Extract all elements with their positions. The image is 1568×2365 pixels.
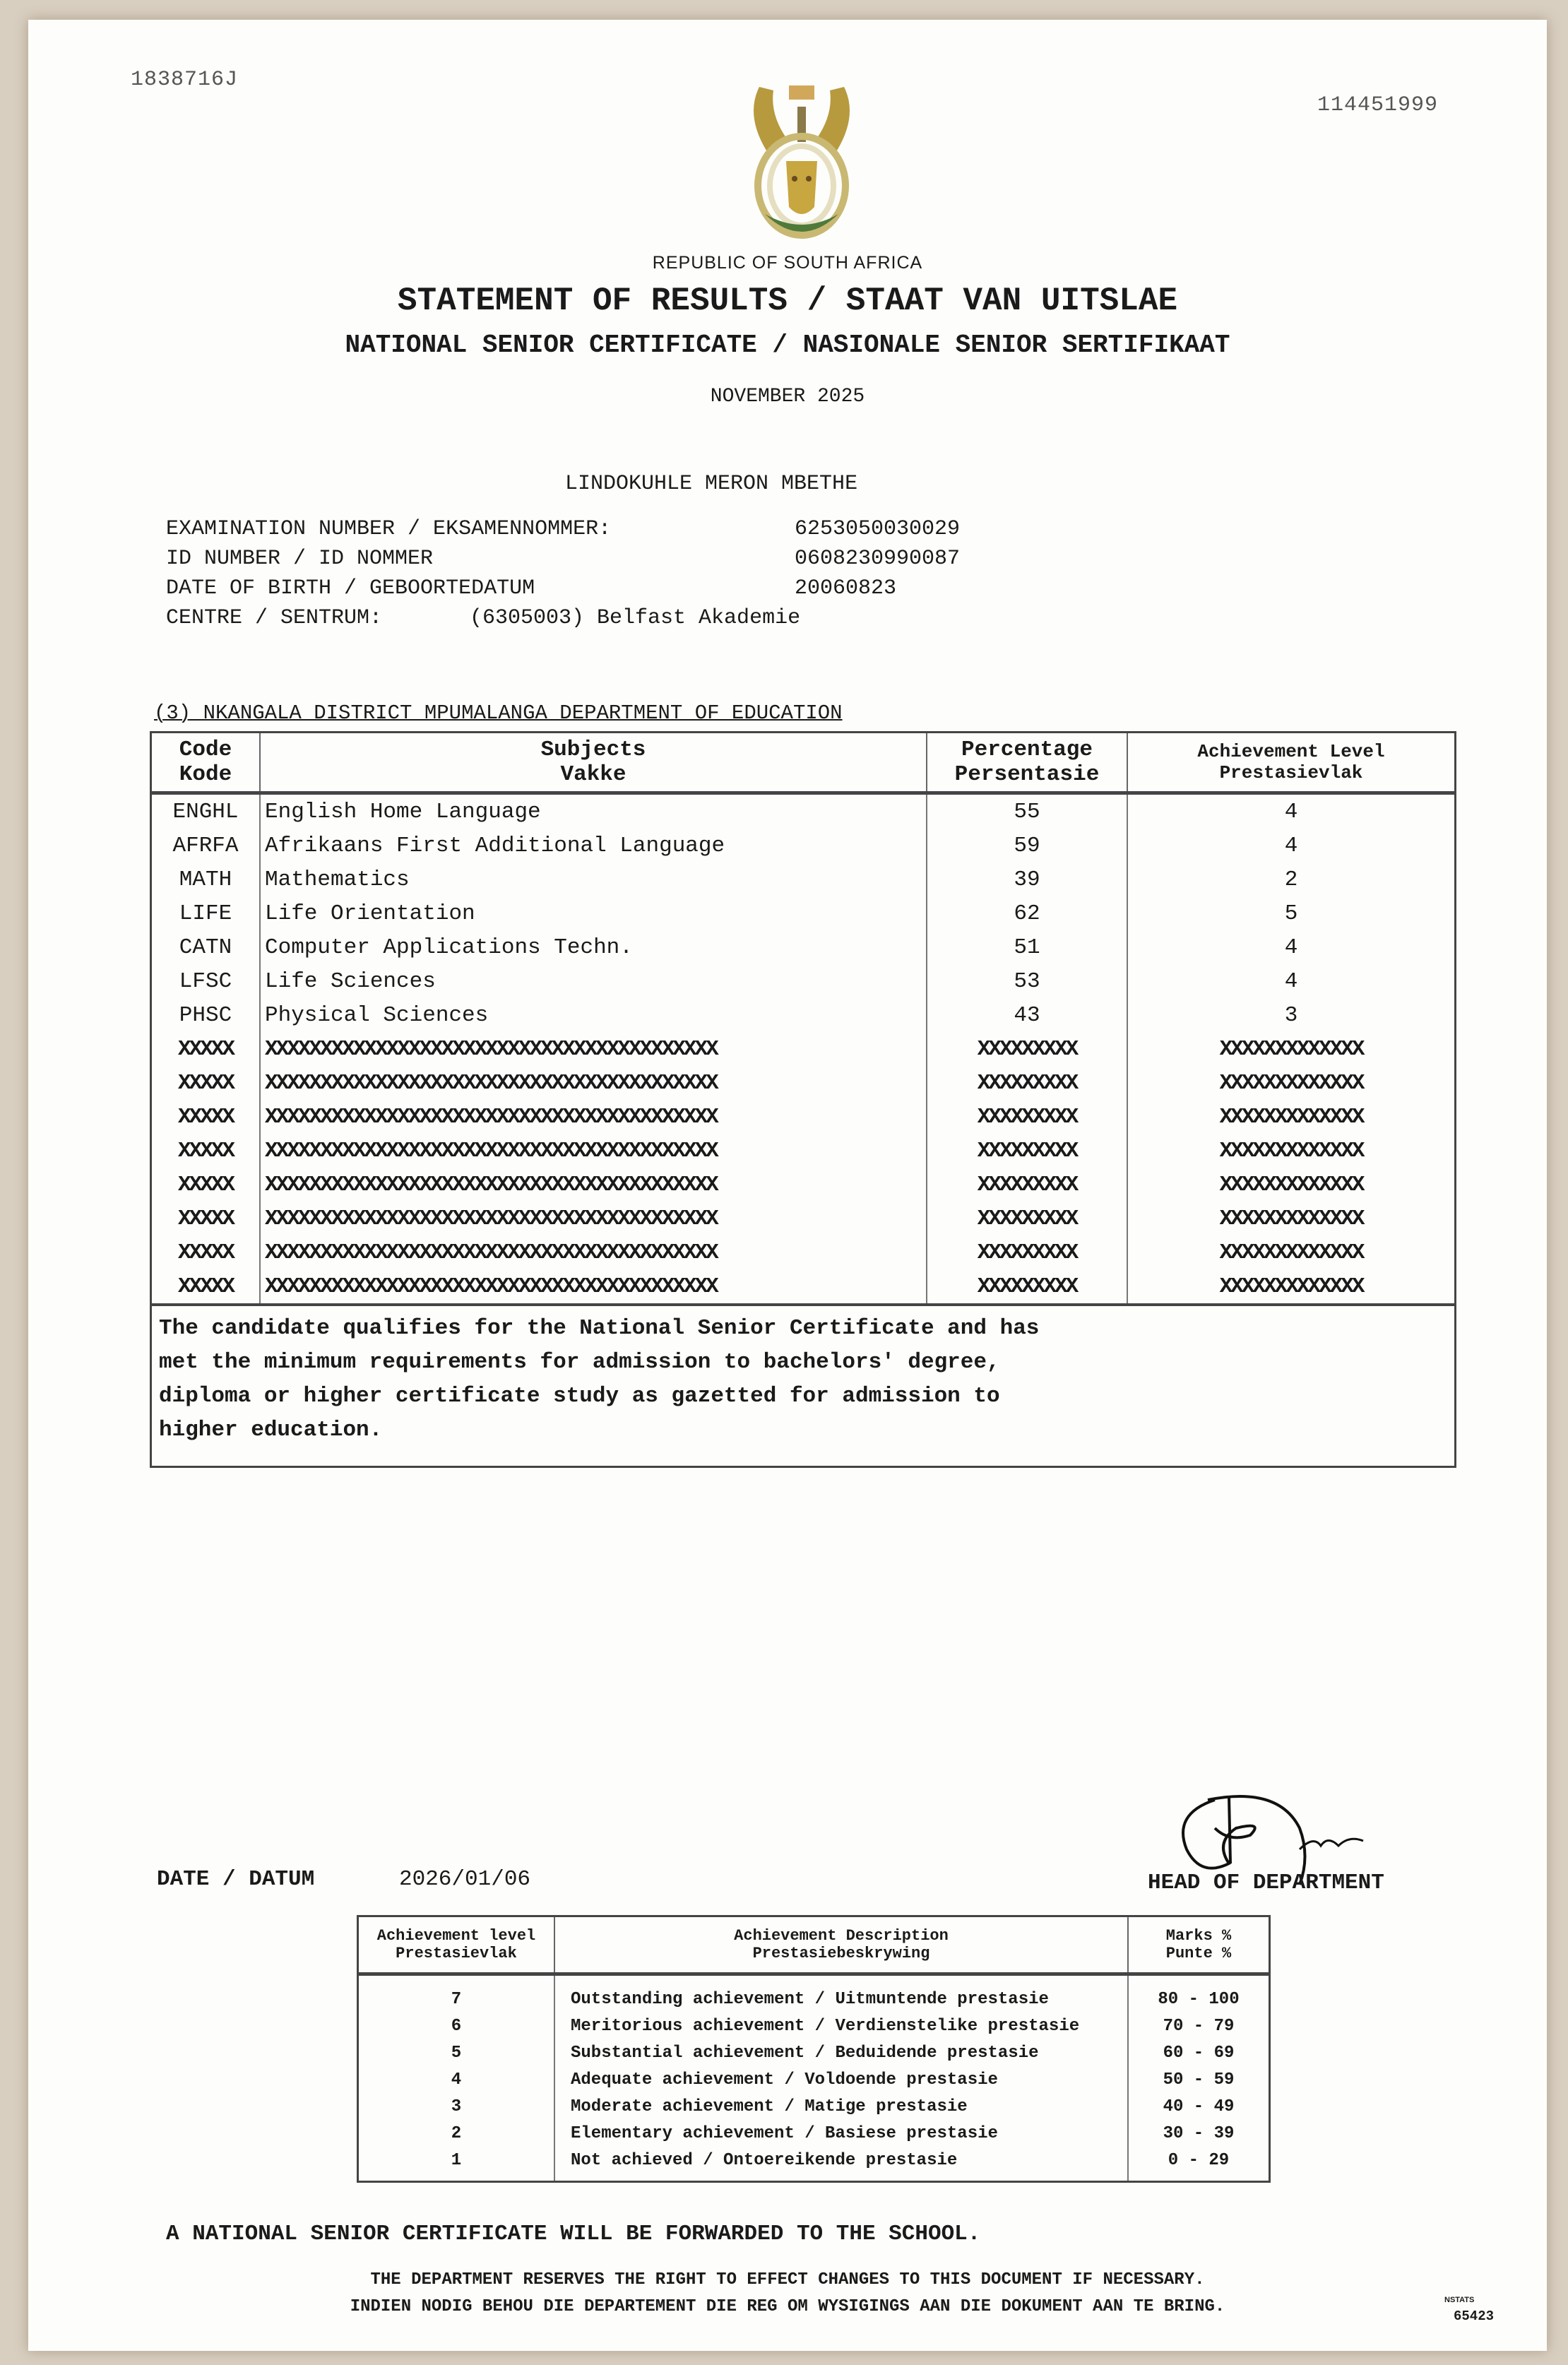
- qualification-note: The candidate qualifies for the National…: [152, 1303, 1454, 1466]
- statement-of-results-page: 1838716J 114451999 REPUBLIC OF SOUTH AFR…: [28, 20, 1547, 2351]
- subject-code: MATH: [152, 863, 260, 896]
- subject-achievement-level: 3: [1127, 998, 1454, 1032]
- subject-name: XXXXXXXXXXXXXXXXXXXXXXXXXXXXXXXXXXXXXXXX…: [260, 1202, 927, 1235]
- subject-code: LIFE: [152, 896, 260, 930]
- subject-name: Computer Applications Techn.: [260, 930, 927, 964]
- legend-header-level: Achievement levelPrestasievlak: [359, 1917, 554, 1974]
- document-title: STATEMENT OF RESULTS / STAAT VAN UITSLAE: [28, 283, 1547, 319]
- stamp-number: 65423: [1454, 2308, 1494, 2324]
- subject-code: XXXXX: [152, 1134, 260, 1168]
- subject-name: XXXXXXXXXXXXXXXXXXXXXXXXXXXXXXXXXXXXXXXX…: [260, 1066, 927, 1100]
- achievement-legend-table: Achievement levelPrestasievlak Achieveme…: [357, 1915, 1271, 2183]
- results-row: XXXXXXXXXXXXXXXXXXXXXXXXXXXXXXXXXXXXXXXX…: [152, 1066, 1454, 1100]
- legend-level: 3: [359, 2093, 554, 2120]
- legend-header-row: Achievement levelPrestasievlak Achieveme…: [359, 1917, 1269, 1974]
- date-value: 2026/01/06: [399, 1867, 530, 1892]
- header-code: CodeKode: [152, 733, 260, 793]
- subject-name: Physical Sciences: [260, 998, 927, 1032]
- subject-achievement-level: 4: [1127, 930, 1454, 964]
- subject-achievement-level: 2: [1127, 863, 1454, 896]
- legend-header-marks: Marks %Punte %: [1128, 1917, 1269, 1974]
- subject-name: XXXXXXXXXXXXXXXXXXXXXXXXXXXXXXXXXXXXXXXX…: [260, 1134, 927, 1168]
- header-subjects: SubjectsVakke: [260, 733, 927, 793]
- field-label: EXAMINATION NUMBER / EKSAMENNOMMER:: [166, 514, 795, 544]
- results-row: CATNComputer Applications Techn.514: [152, 930, 1454, 964]
- results-row: XXXXXXXXXXXXXXXXXXXXXXXXXXXXXXXXXXXXXXXX…: [152, 1235, 1454, 1269]
- results-row: LIFELife Orientation625: [152, 896, 1454, 930]
- legend-description: Elementary achievement / Basiese prestas…: [554, 2120, 1128, 2147]
- subject-achievement-level: XXXXXXXXXXXXX: [1127, 1202, 1454, 1235]
- serial-number-left: 1838716J: [131, 68, 238, 92]
- subject-code: LFSC: [152, 964, 260, 998]
- exam-number-value: 6253050030029: [795, 514, 960, 544]
- results-table: CodeKode SubjectsVakke PercentagePersent…: [150, 731, 1456, 1468]
- legend-marks-range: 70 - 79: [1128, 2013, 1269, 2039]
- legend-level: 5: [359, 2039, 554, 2066]
- subject-achievement-level: XXXXXXXXXXXXX: [1127, 1066, 1454, 1100]
- subject-percentage: 55: [927, 793, 1127, 829]
- legend-description: Moderate achievement / Matige prestasie: [554, 2093, 1128, 2120]
- subject-code: XXXXX: [152, 1269, 260, 1303]
- legend-level: 7: [359, 1974, 554, 2013]
- candidate-name: LINDOKUHLE MERON MBETHE: [565, 472, 857, 496]
- subject-code: XXXXX: [152, 1235, 260, 1269]
- forward-notice: A NATIONAL SENIOR CERTIFICATE WILL BE FO…: [166, 2222, 980, 2246]
- exam-number-row: EXAMINATION NUMBER / EKSAMENNOMMER: 6253…: [166, 514, 960, 544]
- legend-marks-range: 80 - 100: [1128, 1974, 1269, 2013]
- results-row: XXXXXXXXXXXXXXXXXXXXXXXXXXXXXXXXXXXXXXXX…: [152, 1100, 1454, 1134]
- centre-row: CENTRE / SENTRUM: (6305003) Belfast Akad…: [166, 603, 960, 633]
- legend-row: 7Outstanding achievement / Uitmuntende p…: [359, 1974, 1269, 2013]
- stamp-label: NSTATS: [1444, 2296, 1474, 2304]
- subject-percentage: 51: [927, 930, 1127, 964]
- field-label: ID NUMBER / ID NOMMER: [166, 544, 795, 574]
- legend-description: Adequate achievement / Voldoende prestas…: [554, 2066, 1128, 2093]
- subject-percentage: 39: [927, 863, 1127, 896]
- subject-name: XXXXXXXXXXXXXXXXXXXXXXXXXXXXXXXXXXXXXXXX…: [260, 1100, 927, 1134]
- legend-row: 1Not achieved / Ontoereikende prestasie0…: [359, 2147, 1269, 2181]
- district-label: (3) NKANGALA DISTRICT MPUMALANGA DEPARTM…: [154, 701, 843, 725]
- subject-achievement-level: XXXXXXXXXXXXX: [1127, 1134, 1454, 1168]
- legend-row: 5Substantial achievement / Beduidende pr…: [359, 2039, 1269, 2066]
- subject-code: XXXXX: [152, 1202, 260, 1235]
- results-row: ENGHLEnglish Home Language554: [152, 793, 1454, 829]
- legend-marks-range: 60 - 69: [1128, 2039, 1269, 2066]
- subject-percentage: XXXXXXXXX: [927, 1100, 1127, 1134]
- legend-row: 4Adequate achievement / Voldoende presta…: [359, 2066, 1269, 2093]
- subject-name: Afrikaans First Additional Language: [260, 829, 927, 863]
- results-row: XXXXXXXXXXXXXXXXXXXXXXXXXXXXXXXXXXXXXXXX…: [152, 1202, 1454, 1235]
- results-row: XXXXXXXXXXXXXXXXXXXXXXXXXXXXXXXXXXXXXXXX…: [152, 1269, 1454, 1303]
- subject-percentage: XXXXXXXXX: [927, 1235, 1127, 1269]
- legend-level: 6: [359, 2013, 554, 2039]
- head-of-department-label: HEAD OF DEPARTMENT: [1148, 1871, 1384, 1895]
- subject-name: XXXXXXXXXXXXXXXXXXXXXXXXXXXXXXXXXXXXXXXX…: [260, 1235, 927, 1269]
- id-number-row: ID NUMBER / ID NOMMER 0608230990087: [166, 544, 960, 574]
- date-of-birth-row: DATE OF BIRTH / GEBOORTEDATUM 20060823: [166, 574, 960, 603]
- subject-name: XXXXXXXXXXXXXXXXXXXXXXXXXXXXXXXXXXXXXXXX…: [260, 1168, 927, 1202]
- legend-row: 2Elementary achievement / Basiese presta…: [359, 2120, 1269, 2147]
- legend-row: 6Meritorious achievement / Verdienstelik…: [359, 2013, 1269, 2039]
- candidate-info: EXAMINATION NUMBER / EKSAMENNOMMER: 6253…: [166, 514, 960, 633]
- subject-percentage: 53: [927, 964, 1127, 998]
- date-of-birth-value: 20060823: [795, 574, 896, 603]
- subject-percentage: 43: [927, 998, 1127, 1032]
- subject-code: PHSC: [152, 998, 260, 1032]
- subject-percentage: 59: [927, 829, 1127, 863]
- subject-percentage: 62: [927, 896, 1127, 930]
- subject-name: English Home Language: [260, 793, 927, 829]
- subject-code: CATN: [152, 930, 260, 964]
- legend-description: Substantial achievement / Beduidende pre…: [554, 2039, 1128, 2066]
- header-percentage: PercentagePersentasie: [927, 733, 1127, 793]
- subject-percentage: XXXXXXXXX: [927, 1269, 1127, 1303]
- subject-achievement-level: 4: [1127, 964, 1454, 998]
- subject-name: Life Sciences: [260, 964, 927, 998]
- subject-name: Mathematics: [260, 863, 927, 896]
- results-row: PHSCPhysical Sciences433: [152, 998, 1454, 1032]
- field-label: DATE OF BIRTH / GEBOORTEDATUM: [166, 574, 795, 603]
- results-row: XXXXXXXXXXXXXXXXXXXXXXXXXXXXXXXXXXXXXXXX…: [152, 1134, 1454, 1168]
- subject-code: XXXXX: [152, 1100, 260, 1134]
- legend-level: 1: [359, 2147, 554, 2181]
- subject-percentage: XXXXXXXXX: [927, 1202, 1127, 1235]
- subject-achievement-level: XXXXXXXXXXXXX: [1127, 1168, 1454, 1202]
- legend-level: 4: [359, 2066, 554, 2093]
- results-row: XXXXXXXXXXXXXXXXXXXXXXXXXXXXXXXXXXXXXXXX…: [152, 1168, 1454, 1202]
- id-number-value: 0608230990087: [795, 544, 960, 574]
- subject-percentage: XXXXXXXXX: [927, 1066, 1127, 1100]
- document-subtitle: NATIONAL SENIOR CERTIFICATE / NASIONALE …: [28, 331, 1547, 360]
- disclaimer-afrikaans: INDIEN NODIG BEHOU DIE DEPARTEMENT DIE R…: [28, 2297, 1547, 2316]
- coat-of-arms-icon: [731, 73, 872, 242]
- subject-achievement-level: 4: [1127, 829, 1454, 863]
- results-row: AFRFAAfrikaans First Additional Language…: [152, 829, 1454, 863]
- disclaimer-english: THE DEPARTMENT RESERVES THE RIGHT TO EFF…: [28, 2270, 1547, 2289]
- subject-name: XXXXXXXXXXXXXXXXXXXXXXXXXXXXXXXXXXXXXXXX…: [260, 1032, 927, 1066]
- legend-description: Meritorious achievement / Verdienstelike…: [554, 2013, 1128, 2039]
- centre-value: (6305003) Belfast Akademie: [470, 603, 800, 633]
- subject-percentage: XXXXXXXXX: [927, 1168, 1127, 1202]
- legend-row: 3Moderate achievement / Matige prestasie…: [359, 2093, 1269, 2120]
- subject-achievement-level: XXXXXXXXXXXXX: [1127, 1235, 1454, 1269]
- subject-achievement-level: XXXXXXXXXXXXX: [1127, 1100, 1454, 1134]
- legend-marks-range: 30 - 39: [1128, 2120, 1269, 2147]
- exam-session: NOVEMBER 2025: [28, 386, 1547, 408]
- legend-description: Not achieved / Ontoereikende prestasie: [554, 2147, 1128, 2181]
- field-label: CENTRE / SENTRUM:: [166, 603, 470, 633]
- subject-achievement-level: 5: [1127, 896, 1454, 930]
- subject-code: AFRFA: [152, 829, 260, 863]
- subject-name: Life Orientation: [260, 896, 927, 930]
- legend-level: 2: [359, 2120, 554, 2147]
- subject-name: XXXXXXXXXXXXXXXXXXXXXXXXXXXXXXXXXXXXXXXX…: [260, 1269, 927, 1303]
- subject-achievement-level: 4: [1127, 793, 1454, 829]
- subject-code: XXXXX: [152, 1066, 260, 1100]
- subject-achievement-level: XXXXXXXXXXXXX: [1127, 1269, 1454, 1303]
- subject-code: XXXXX: [152, 1032, 260, 1066]
- subject-code: ENGHL: [152, 793, 260, 829]
- subject-code: XXXXX: [152, 1168, 260, 1202]
- legend-marks-range: 0 - 29: [1128, 2147, 1269, 2181]
- results-row: MATHMathematics392: [152, 863, 1454, 896]
- subject-percentage: XXXXXXXXX: [927, 1134, 1127, 1168]
- republic-label: REPUBLIC OF SOUTH AFRICA: [28, 253, 1547, 273]
- legend-marks-range: 40 - 49: [1128, 2093, 1269, 2120]
- results-row: XXXXXXXXXXXXXXXXXXXXXXXXXXXXXXXXXXXXXXXX…: [152, 1032, 1454, 1066]
- subject-percentage: XXXXXXXXX: [927, 1032, 1127, 1066]
- results-header-row: CodeKode SubjectsVakke PercentagePersent…: [152, 733, 1454, 793]
- subject-achievement-level: XXXXXXXXXXXXX: [1127, 1032, 1454, 1066]
- legend-marks-range: 50 - 59: [1128, 2066, 1269, 2093]
- legend-header-description: Achievement DescriptionPrestasiebeskrywi…: [554, 1917, 1128, 1974]
- header-achievement-level: Achievement LevelPrestasievlak: [1127, 733, 1454, 793]
- date-label: DATE / DATUM: [157, 1867, 314, 1892]
- legend-description: Outstanding achievement / Uitmuntende pr…: [554, 1974, 1128, 2013]
- results-row: LFSCLife Sciences534: [152, 964, 1454, 998]
- serial-number-right: 114451999: [1317, 93, 1438, 117]
